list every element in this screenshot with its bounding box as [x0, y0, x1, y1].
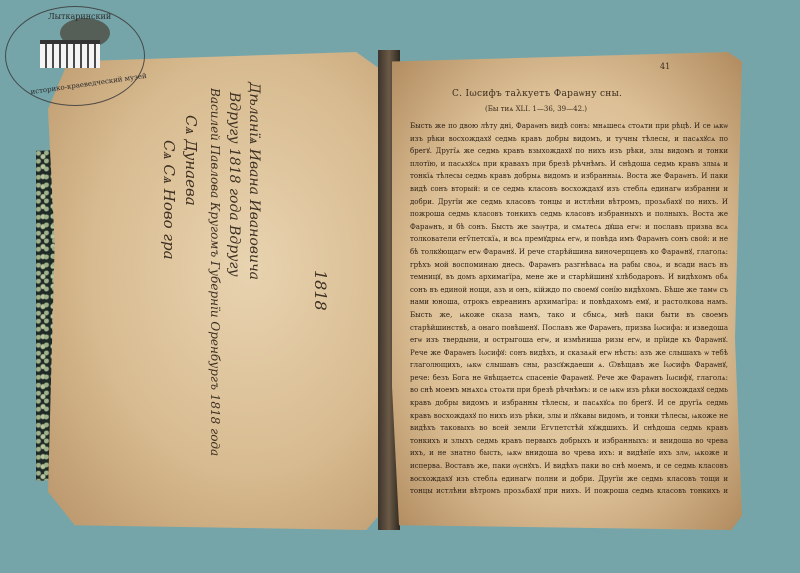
page-number: 41	[660, 62, 670, 71]
handwritten-line: Вдругу 1818 года Вдругу	[226, 92, 242, 277]
museum-building-icon	[40, 40, 100, 68]
handwritten-line: Василей Павлова Кругомъ Губернїи Оренбур…	[208, 88, 222, 456]
handwritten-line: Сѧ Дунаева	[181, 115, 200, 206]
stamp-top-text: Лыткаринский	[48, 12, 111, 21]
printed-body-text: Бысть же по двою лѣту дні, Фараѡнъ видѣ …	[410, 120, 728, 500]
handwritten-line: 1818	[311, 270, 330, 311]
book-photo: Дѣланїѧ Ивана Ивановича Вдругу 1818 года…	[0, 0, 800, 573]
chapter-reference: (Бы тиѧ XLI. 1—36, 39—42.)	[485, 105, 587, 113]
handwritten-line: Сѧ Сѧ Ново гра	[159, 140, 178, 260]
handwritten-line: Дѣланїѧ Ивана Ивановича	[245, 82, 262, 280]
chapter-heading: С. Іωсифъ таλкуетъ Фараѡну сны.	[452, 88, 622, 99]
